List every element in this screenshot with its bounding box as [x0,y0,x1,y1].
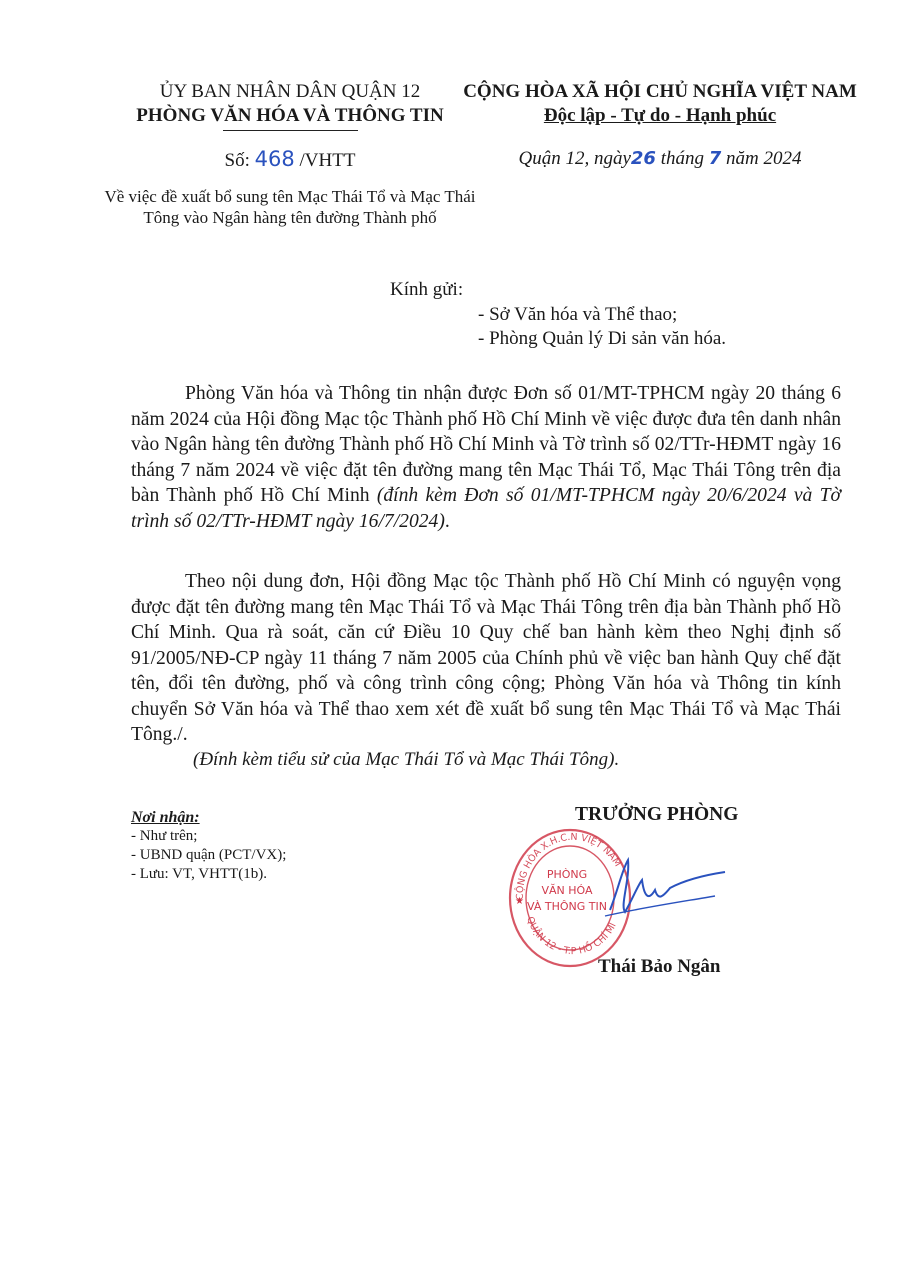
paragraph-2-text: Theo nội dung đơn, Hội đồng Mạc tộc Thàn… [131,569,841,748]
stamp-line: VÀ THÔNG TIN [527,900,607,913]
day-handwritten: 26 [631,148,656,169]
number-handwritten: 468 [255,147,295,171]
paragraph-1-end: . [445,511,450,532]
month-label: tháng [661,148,704,169]
distribution-block: Nơi nhận: - Như trên; - UBND quận (PCT/V… [131,808,286,884]
distribution-item: - Như trên; [131,827,286,846]
recipient-item: - Sở Văn hóa và Thể thao; [478,304,677,326]
agency-parent: ỦY BAN NHÂN DÂN QUẬN 12 [100,80,480,104]
document-date: Quận 12, ngày26 tháng 7 năm 2024 [455,148,865,170]
stamp-line: VĂN HÓA [541,884,593,897]
distribution-item: - Lưu: VT, VHTT(1b). [131,865,286,884]
svg-text:★: ★ [515,896,524,907]
attachment-note: (Đính kèm tiểu sử của Mạc Thái Tổ và Mạc… [193,749,619,771]
signer-name: Thái Bảo Ngân [598,956,720,978]
document-subject: Về việc đề xuất bổ sung tên Mạc Thái Tổ … [100,186,480,228]
agency-underline [223,130,358,131]
number-prefix: Số: [225,150,250,171]
salutation-label: Kính gửi: [390,279,463,301]
number-suffix: /VHTT [300,150,356,171]
document-number: Số: 468 /VHTT [100,147,480,172]
month-handwritten: 7 [709,148,722,169]
national-motto: Độc lập - Tự do - Hạnh phúc [455,104,865,128]
stamp-line: PHÒNG [547,868,587,881]
distribution-title: Nơi nhận: [131,808,286,827]
year-text: năm 2024 [726,148,801,169]
recipient-item: - Phòng Quản lý Di sản văn hóa. [478,328,726,350]
agency-name: PHÒNG VĂN HÓA VÀ THÔNG TIN [100,104,480,128]
issuing-agency-block: ỦY BAN NHÂN DÂN QUẬN 12 PHÒNG VĂN HÓA VÀ… [100,80,480,131]
body-paragraph-1: Phòng Văn hóa và Thông tin nhận được Đơn… [131,381,841,534]
date-prefix: Quận 12, ngày [518,148,630,169]
national-title-block: CỘNG HÒA XÃ HỘI CHỦ NGHĨA VIỆT NAM Độc l… [455,80,865,128]
body-paragraph-2: Theo nội dung đơn, Hội đồng Mạc tộc Thàn… [131,569,841,748]
distribution-item: - UBND quận (PCT/VX); [131,846,286,865]
handwritten-signature-icon [600,850,730,930]
country-name: CỘNG HÒA XÃ HỘI CHỦ NGHĨA VIỆT NAM [455,80,865,104]
